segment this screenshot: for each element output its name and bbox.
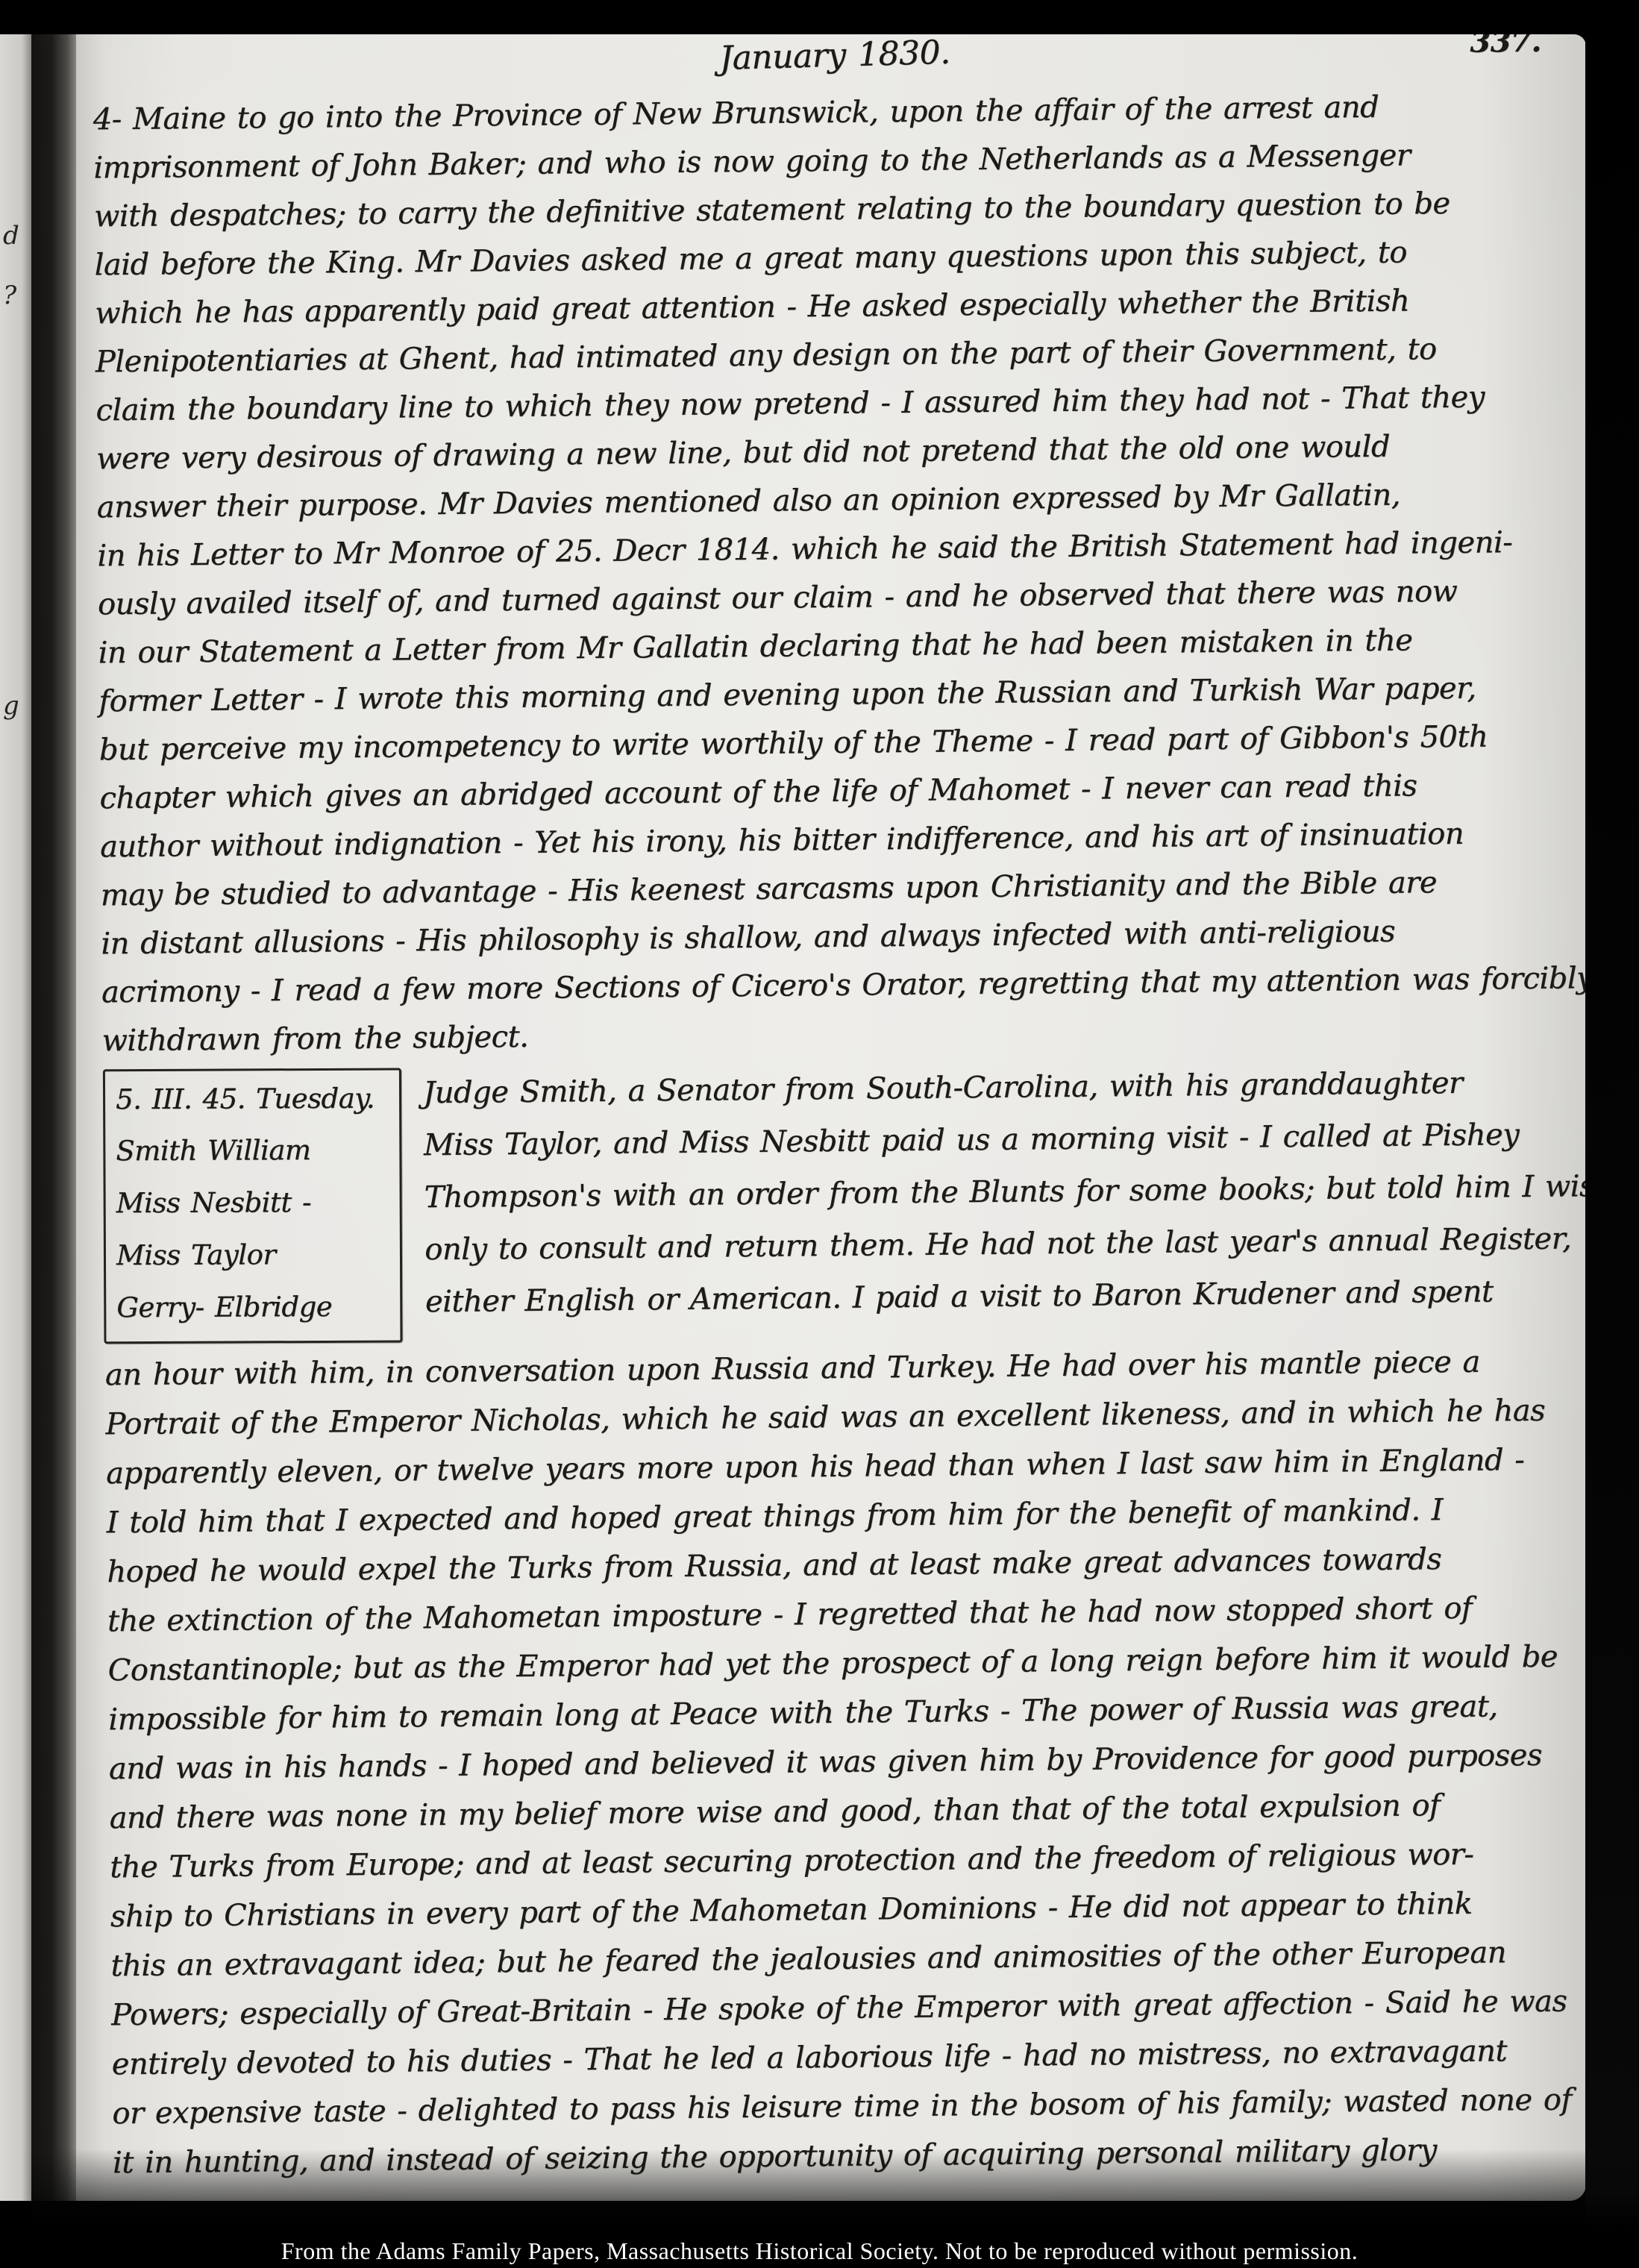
visitor-list-box: 5. III. 45. Tuesday. Smith WilliamMiss N…: [103, 1068, 403, 1344]
visit-date-label: 5. III. 45. Tuesday.: [116, 1074, 393, 1126]
adjacent-page-edge: d?g: [0, 34, 31, 2201]
page-content: January 1830. 337. 4- Maine to go into t…: [76, 20, 1607, 2187]
entry-jan4-block: 4- Maine to go into the Province of New …: [93, 81, 1586, 1065]
entry-jan5-header-row: 5. III. 45. Tuesday. Smith WilliamMiss N…: [102, 1056, 1589, 1344]
top-scan-border: [0, 0, 1639, 34]
manuscript-scan: d?g January 1830. 337. 4- Maine to go in…: [0, 0, 1639, 2268]
manuscript-page: January 1830. 337. 4- Maine to go into t…: [76, 34, 1586, 2201]
visitor-name: Miss Nesbitt -: [116, 1177, 394, 1230]
entry-jan5-indented-block: Judge Smith, a Senator from South-Caroli…: [423, 1055, 1639, 1341]
month-year-label: January 1830.: [719, 34, 950, 78]
edge-ink-fragment: g: [3, 691, 19, 721]
visitor-names: Smith WilliamMiss Nesbitt -Miss TaylorGe…: [116, 1124, 394, 1335]
visitor-name: Miss Taylor: [116, 1229, 394, 1282]
visitor-name: Smith William: [116, 1124, 393, 1178]
caption-bar: From the Adams Family Papers, Massachuse…: [0, 2234, 1639, 2268]
edge-ink-fragment: ?: [3, 281, 16, 310]
caption-text: From the Adams Family Papers, Massachuse…: [281, 2237, 1358, 2265]
edge-ink-fragment: d: [3, 221, 19, 251]
right-scan-border: [1585, 0, 1639, 2268]
entry-jan5-block: an hour with him, in conversation upon R…: [105, 1336, 1598, 2187]
manuscript-line: either English or American. I paid a vis…: [425, 1264, 1639, 1328]
visitor-name: Gerry- Elbridge: [116, 1281, 394, 1335]
binding-gutter: [31, 34, 76, 2201]
